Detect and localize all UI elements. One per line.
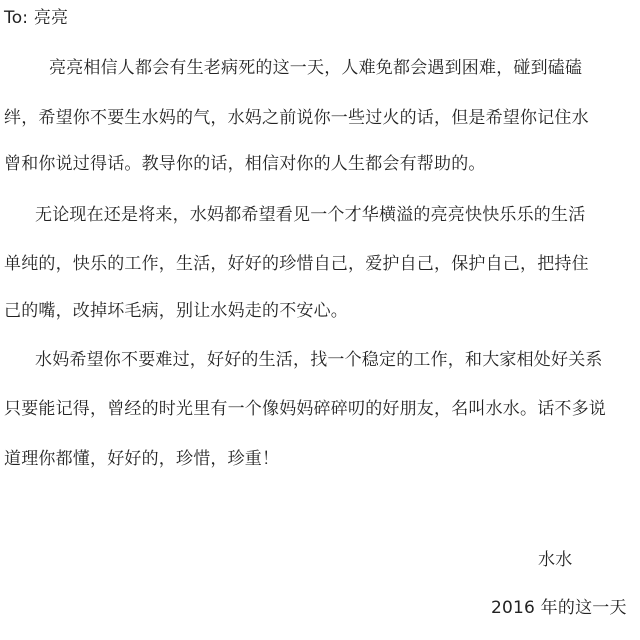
signature: 水水	[538, 549, 572, 571]
paragraph-1-line-2: 绊，希望你不要生水妈的气，水妈之前说你一些过火的话，但是希望你记住水	[4, 107, 589, 129]
paragraph-2-line-2: 单纯的，快乐的工作，生活，好好的珍惜自己，爱护自己，保护自己，把持住	[4, 253, 589, 275]
date: 2016 年的这一天	[491, 597, 627, 619]
paragraph-2-line-3: 己的嘴，改掉坏毛病，别让水妈走的不安心。	[4, 300, 348, 322]
paragraph-2-line-1: 无论现在还是将来，水妈都希望看见一个才华横溢的亮亮快快乐乐的生活	[35, 204, 585, 226]
paragraph-1-line-3: 曾和你说过得话。教导你的话，相信对你的人生都会有帮助的。	[4, 153, 486, 175]
paragraph-3-line-1: 水妈希望你不要难过，好好的生活，找一个稳定的工作，和大家相处好关系	[35, 349, 603, 371]
paragraph-1-line-1: 亮亮相信人都会有生老病死的这一天，人难免都会遇到困难，碰到磕磕	[49, 57, 582, 79]
paragraph-3-line-2: 只要能记得，曾经的时光里有一个像妈妈碎碎叨的好朋友，名叫水水。话不多说	[4, 398, 606, 420]
salutation: To: 亮亮	[4, 7, 68, 29]
paragraph-3-line-3: 道理你都懂，好好的，珍惜，珍重！	[4, 448, 279, 470]
